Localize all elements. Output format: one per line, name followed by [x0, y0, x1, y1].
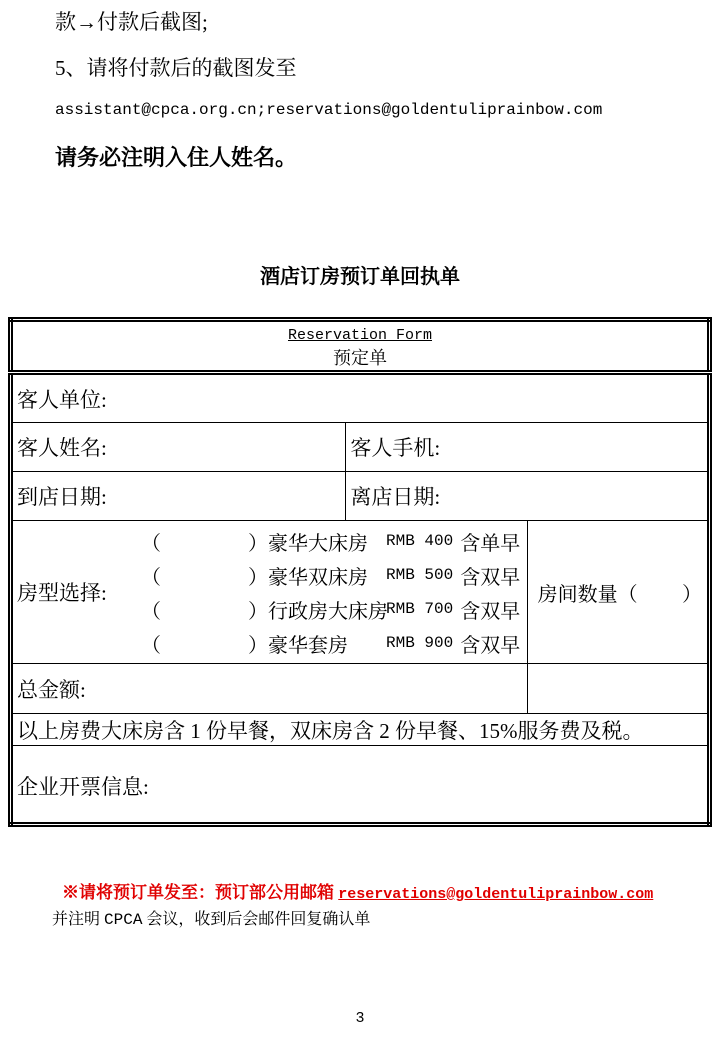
breakfast-note-cell: 以上房费大床房含 1 份早餐，双床房含 2 份早餐、15%服务费及税。 [11, 714, 710, 746]
room-quantity-paren-close: ） [682, 578, 702, 607]
footer-black-note-suffix: 会议，收到后会邮件回复确认单 [142, 911, 370, 928]
checkbox-paren-close: ） [248, 527, 268, 556]
checkbox-paren-close: ） [248, 629, 268, 658]
breakfast-note-text: 以上房费大床房含 1 份早餐，双床房含 2 份早餐、15%服务费及税。 [13, 715, 644, 745]
total-amount-cell: 总金额: [11, 664, 528, 714]
room-option-deluxe-twin: （） 豪华双床房 RMB 500 含双早 [141, 558, 520, 592]
checkbox-paren-open: （ [141, 561, 161, 590]
room-option-meal: 含单早 [460, 527, 520, 556]
room-quantity-label: 房间数量（ [538, 578, 638, 607]
room-quantity-cell: 房间数量（ ） [527, 521, 709, 664]
intro-line-send-screenshot: 5、请将付款后的截图发至 [55, 52, 297, 82]
footer-red-note-text: ※请将预订单发至：预订部公用邮箱 [62, 883, 338, 902]
room-option-price: RMB 900 [386, 634, 453, 652]
guest-name-label: 客人姓名: [13, 432, 107, 462]
total-amount-value-cell [527, 664, 709, 714]
room-type-cell: 房型选择: （） 豪华大床房 RMB 400 含单早 （） 豪华双床房 RMB … [11, 521, 528, 664]
dates-row: 到店日期: 离店日期: [11, 472, 710, 521]
checkbox-paren-open: （ [141, 527, 161, 556]
footer-cpca-text: CPCA [104, 911, 142, 929]
room-option-meal: 含双早 [460, 629, 520, 658]
room-option-name: 行政房大床房 [268, 595, 386, 624]
section-title: 酒店订房预订单回执单 [0, 260, 720, 289]
checkout-date-label: 离店日期: [346, 481, 440, 511]
form-title-zh: 预定单 [13, 346, 707, 370]
room-option-meal: 含双早 [460, 561, 520, 590]
reservation-email-link[interactable]: reservations@goldentuliprainbow.com [338, 886, 653, 903]
room-options-list: （） 豪华大床房 RMB 400 含单早 （） 豪华双床房 RMB 500 含双… [141, 524, 520, 660]
room-option-executive-king: （） 行政房大床房 RMB 700 含双早 [141, 592, 520, 626]
guest-mobile-label: 客人手机: [346, 432, 440, 462]
intro-line-payment-screenshot: 款→付款后截图; [55, 6, 208, 36]
guest-company-label: 客人单位: [13, 384, 107, 414]
intro-email-addresses: assistant@cpca.org.cn;reservations@golde… [55, 101, 602, 119]
form-title-en: Reservation Form [13, 322, 707, 346]
total-amount-label: 总金额: [13, 674, 86, 704]
room-option-name: 豪华大床房 [268, 527, 386, 556]
room-option-price: RMB 400 [386, 532, 453, 550]
checkbox-paren-close: ） [248, 595, 268, 624]
footer-black-note: 并注明 CPCA 会议，收到后会邮件回复确认单 [52, 906, 370, 929]
room-option-name: 豪华套房 [268, 629, 386, 658]
room-option-deluxe-suite: （） 豪华套房 RMB 900 含双早 [141, 626, 520, 660]
checkout-date-cell: 离店日期: [346, 472, 710, 521]
checkbox-paren-close: ） [248, 561, 268, 590]
checkbox-paren-open: （ [141, 595, 161, 624]
footer-black-note-prefix: 并注明 [52, 911, 104, 928]
room-option-price: RMB 500 [386, 566, 453, 584]
page-number: 3 [0, 1010, 720, 1027]
form-title-cell: Reservation Form 预定单 [11, 320, 710, 373]
table-header-row: Reservation Form 预定单 [11, 320, 710, 373]
breakfast-note-row: 以上房费大床房含 1 份早餐，双床房含 2 份早餐、15%服务费及税。 [11, 714, 710, 746]
room-option-deluxe-king: （） 豪华大床房 RMB 400 含单早 [141, 524, 520, 558]
room-option-name: 豪华双床房 [268, 561, 386, 590]
guest-name-cell: 客人姓名: [11, 423, 346, 472]
intro-bold-guest-name-note: 请务必注明入住人姓名。 [55, 141, 297, 172]
invoice-info-cell: 企业开票信息: [11, 746, 710, 825]
checkin-date-cell: 到店日期: [11, 472, 346, 521]
footer-red-note: ※请将预订单发至：预订部公用邮箱 reservations@goldentuli… [62, 878, 653, 903]
reservation-form-table: Reservation Form 预定单 客人单位: 客人姓名: 客人手机: 到… [8, 317, 712, 827]
guest-mobile-cell: 客人手机: [346, 423, 710, 472]
room-type-label: 房型选择: [17, 524, 141, 660]
document-page: 款→付款后截图; 5、请将付款后的截图发至 assistant@cpca.org… [0, 0, 720, 1041]
guest-company-row: 客人单位: [11, 373, 710, 423]
checkbox-paren-open: （ [141, 629, 161, 658]
invoice-info-label: 企业开票信息: [13, 768, 149, 801]
guest-company-cell: 客人单位: [11, 373, 710, 423]
invoice-info-row: 企业开票信息: [11, 746, 710, 825]
room-type-row: 房型选择: （） 豪华大床房 RMB 400 含单早 （） 豪华双床房 RMB … [11, 521, 710, 664]
checkin-date-label: 到店日期: [13, 481, 107, 511]
total-amount-row: 总金额: [11, 664, 710, 714]
room-option-price: RMB 700 [386, 600, 453, 618]
guest-name-mobile-row: 客人姓名: 客人手机: [11, 423, 710, 472]
room-option-meal: 含双早 [460, 595, 520, 624]
